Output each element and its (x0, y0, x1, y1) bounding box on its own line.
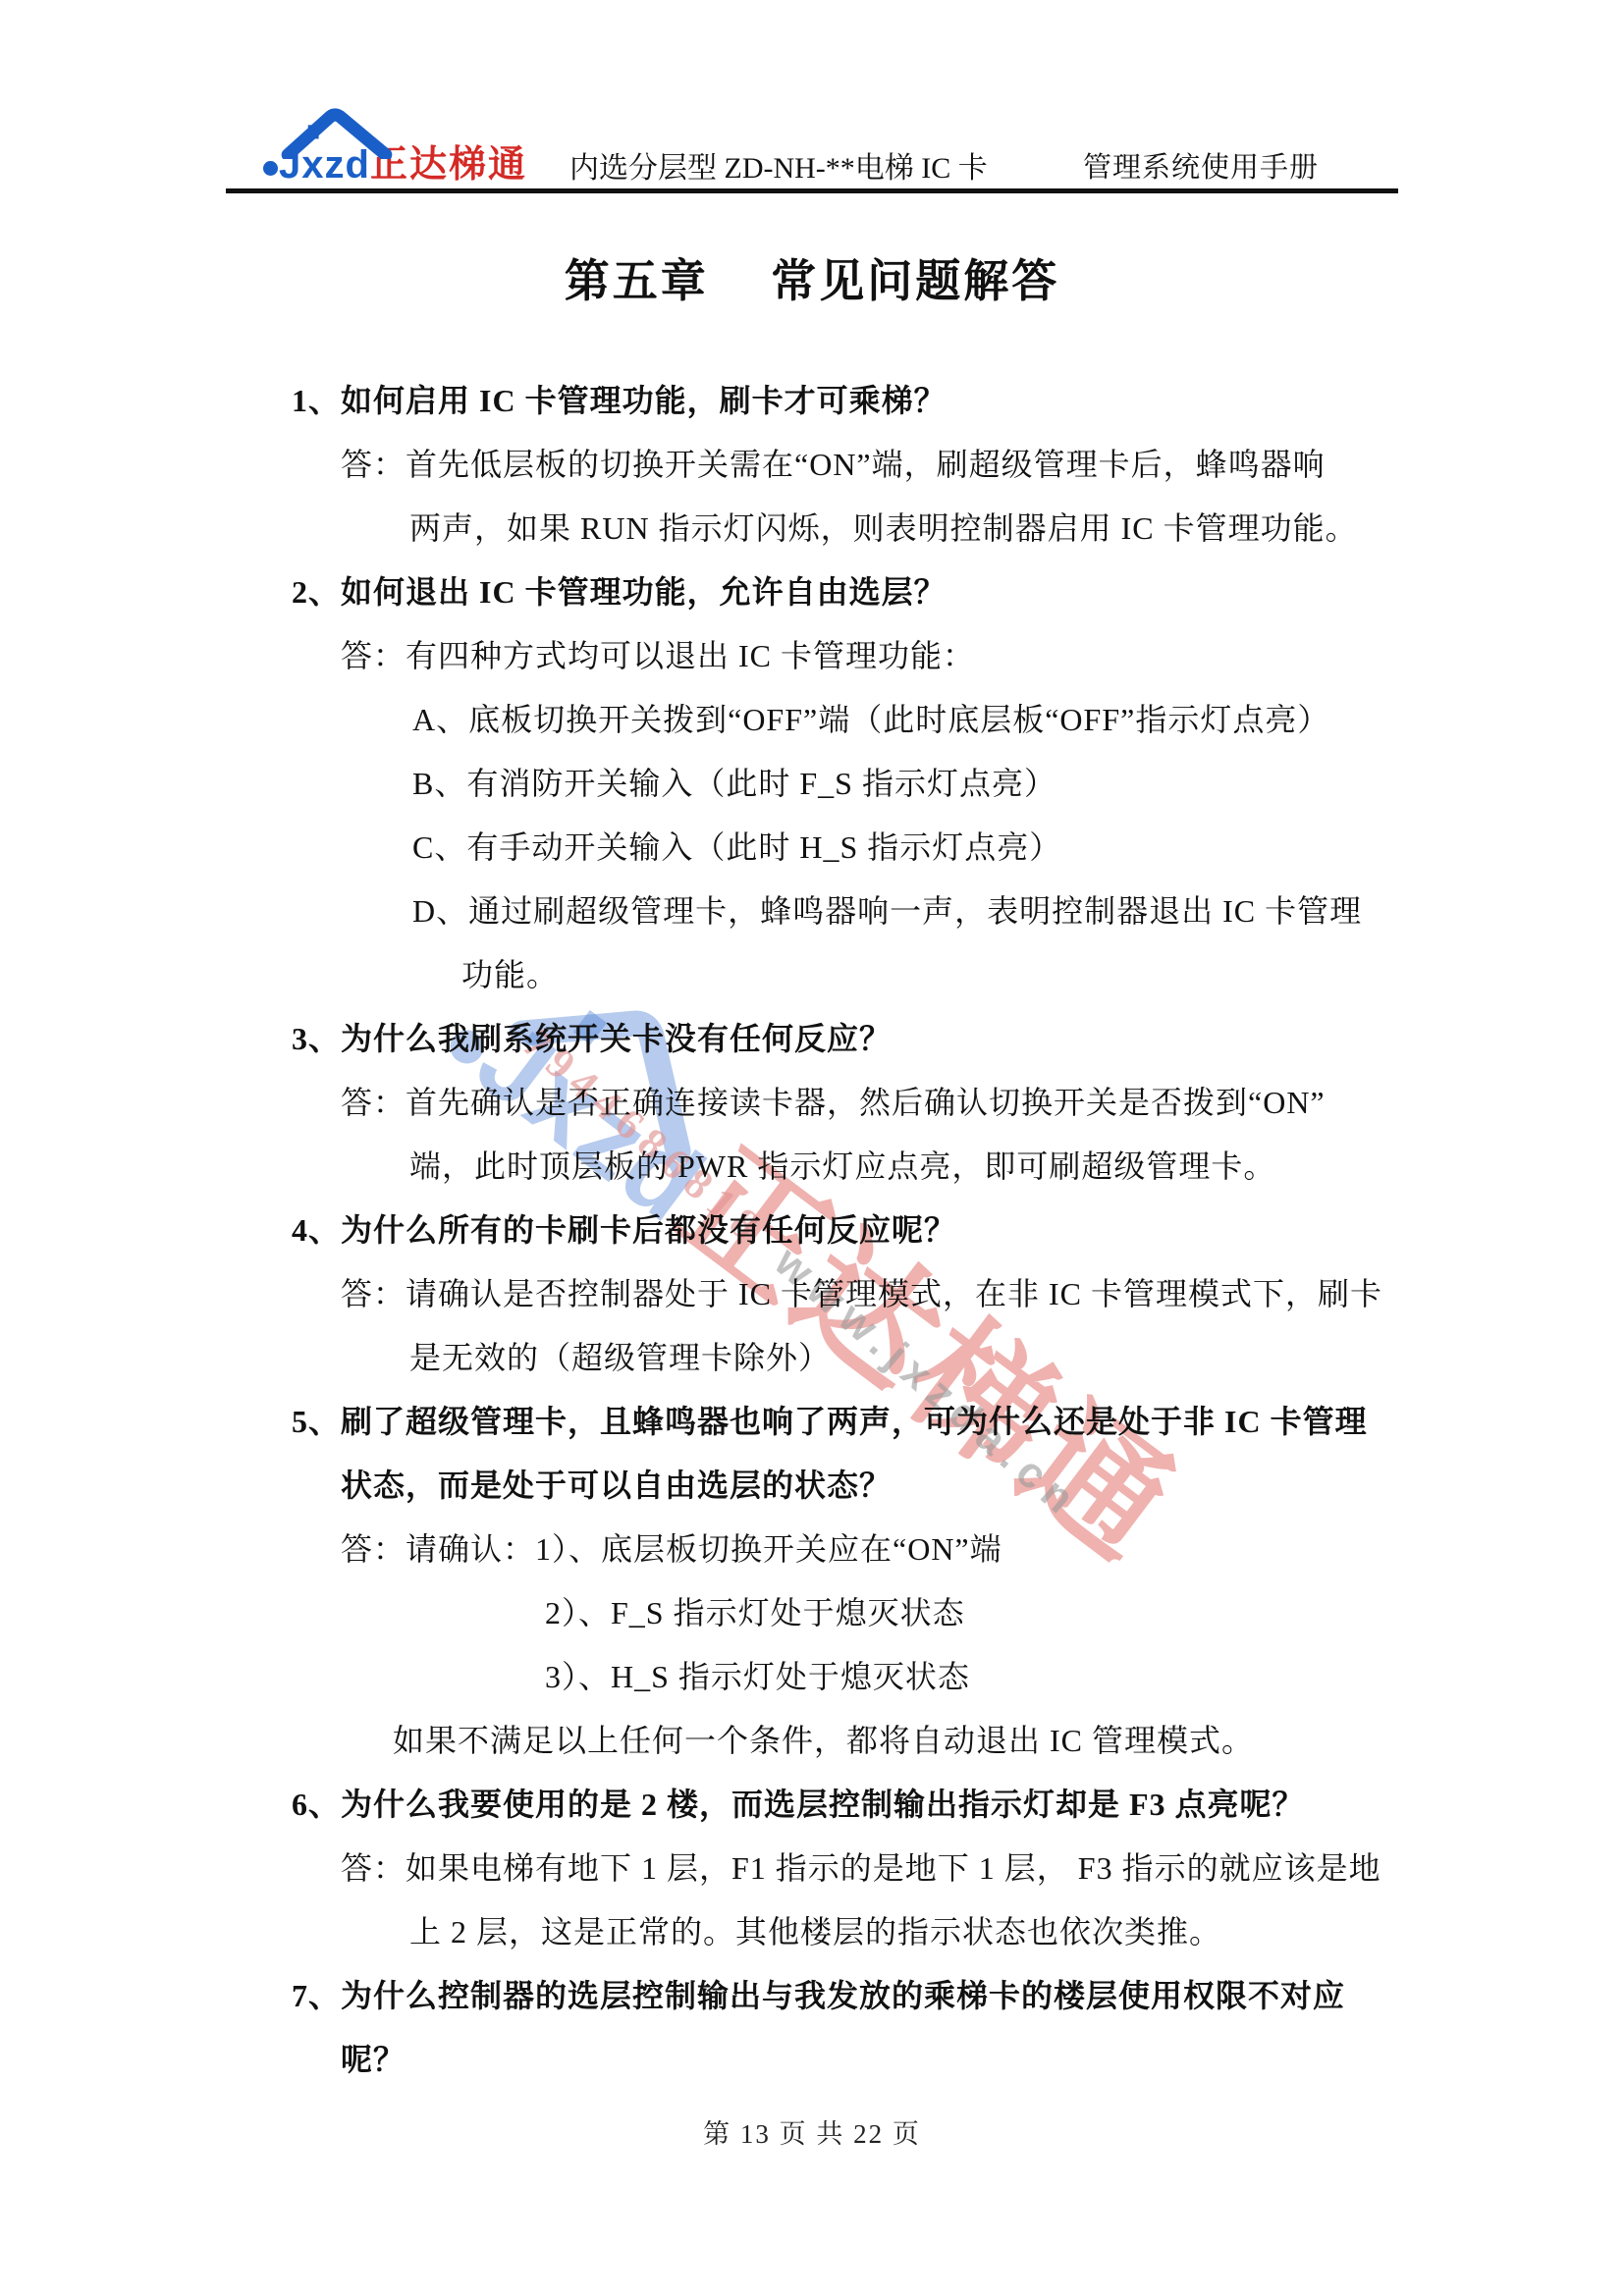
answer-5-item-1: 答：请确认：1）、底层板切换开关应在“ON”端 (0, 1518, 1624, 1581)
page-number: 第 13 页 共 22 页 (703, 2119, 921, 2149)
answer-2-item-a: A、底板切换开关拨到“OFF”端（此时底层板“OFF”指示灯点亮） (0, 688, 1624, 752)
question-5-line-1: 5、刷了超级管理卡，且蜂鸣器也响了两声，可为什么还是处于非 IC 卡管理 (0, 1390, 1624, 1454)
answer-2-intro: 答：有四种方式均可以退出 IC 卡管理功能： (0, 624, 1624, 688)
answer-5-item-2: 2）、F_S 指示灯处于熄灭状态 (0, 1581, 1624, 1645)
chapter-title: 第五章 常见问题解答 (0, 245, 1624, 310)
question-1: 1、如何启用 IC 卡管理功能，刷卡才可乘梯？ (0, 369, 1624, 433)
answer-6-line-1: 答：如果电梯有地下 1 层，F1 指示的是地下 1 层， F3 指示的就应该是地 (0, 1837, 1624, 1900)
answer-4-line-2: 是无效的（超级管理卡除外） (0, 1326, 1624, 1390)
answer-6-line-2: 上 2 层，这是正常的。其他楼层的指示状态也依次类推。 (0, 1900, 1624, 1964)
question-6: 6、为什么我要使用的是 2 楼，而选层控制输出指示灯却是 F3 点亮呢？ (0, 1773, 1624, 1837)
logo-dot-icon (263, 161, 278, 176)
answer-1-line-2: 两声，如果 RUN 指示灯闪烁，则表明控制器启用 IC 卡管理功能。 (0, 497, 1624, 561)
answer-2-item-c: C、有手动开关输入（此时 H_S 指示灯点亮） (0, 816, 1624, 880)
header-doc-model: 内选分层型 ZD-NH-**电梯 IC 卡 (569, 143, 988, 187)
question-2: 2、如何退出 IC 卡管理功能，允许自由选层？ (0, 561, 1624, 624)
answer-2-item-b: B、有消防开关输入（此时 F_S 指示灯点亮） (0, 752, 1624, 816)
answer-5-item-3: 3）、H_S 指示灯处于熄灭状态 (0, 1645, 1624, 1709)
header-manual-title: 管理系统使用手册 (1083, 145, 1319, 186)
question-4: 4、为什么所有的卡刷卡后都没有任何反应呢？ (0, 1199, 1624, 1262)
faq-body: 1、如何启用 IC 卡管理功能，刷卡才可乘梯？ 答：首先低层板的切换开关需在“O… (0, 369, 1624, 2092)
answer-1-line-1: 答：首先低层板的切换开关需在“ON”端，刷超级管理卡后，蜂鸣器响 (0, 433, 1624, 497)
answer-5-note: 如果不满足以上任何一个条件，都将自动退出 IC 管理模式。 (0, 1709, 1624, 1773)
answer-3-line-2: 端，此时顶层板的 PWR 指示灯应点亮，即可刷超级管理卡。 (0, 1135, 1624, 1199)
answer-2-item-d-2: 功能。 (0, 943, 1624, 1007)
page-footer: 第 13 页 共 22 页 (0, 2112, 1624, 2151)
house-roof-icon (279, 108, 395, 159)
question-7-line-1: 7、为什么控制器的选层控制输出与我发放的乘梯卡的楼层使用权限不对应 (0, 1964, 1624, 2028)
question-3: 3、为什么我刷系统开关卡没有任何反应？ (0, 1007, 1624, 1071)
manual-page: Jxzd 正达梯通 7944686818www.jxzda.cn Jxzd正达梯… (0, 0, 1624, 2296)
brand-logo: Jxzd正达梯通 (263, 133, 527, 187)
header-rule (226, 188, 1398, 193)
answer-2-item-d: D、通过刷超级管理卡，蜂鸣器响一声，表明控制器退出 IC 卡管理 (0, 880, 1624, 943)
answer-3-line-1: 答：首先确认是否正确连接读卡器，然后确认切换开关是否拨到“ON” (0, 1071, 1624, 1135)
question-5-line-2: 状态，而是处于可以自由选层的状态？ (0, 1454, 1624, 1518)
answer-4-line-1: 答：请确认是否控制器处于 IC 卡管理模式，在非 IC 卡管理模式下，刷卡 (0, 1262, 1624, 1326)
question-7-line-2: 呢？ (0, 2028, 1624, 2092)
